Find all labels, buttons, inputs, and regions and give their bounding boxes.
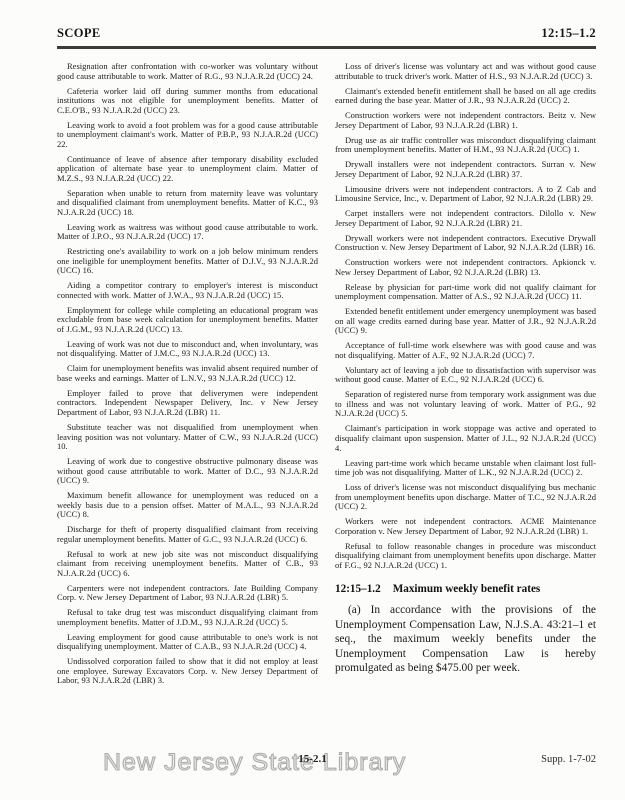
case-annotation: Claim for unemployment benefits was inva… (57, 364, 318, 383)
case-annotation: Resignation after confrontation with co-… (57, 62, 318, 81)
case-annotation: Drywall workers were not independent con… (335, 234, 596, 253)
case-annotation: Employer failed to prove that deliveryme… (57, 389, 318, 418)
case-annotation: Voluntary act of leaving a job due to di… (335, 366, 596, 385)
case-annotation: Acceptance of full-time work elsewhere w… (335, 341, 596, 360)
header-title: SCOPE (57, 26, 101, 41)
case-annotation: Construction workers were not independen… (335, 111, 596, 130)
case-annotation: Separation of registered nurse from temp… (335, 390, 596, 419)
case-annotation: Leaving employment for good cause attrib… (57, 633, 318, 652)
section-number: 12:15–1.2 (335, 583, 381, 595)
left-column: Resignation after confrontation with co-… (57, 62, 318, 691)
case-annotation: Loss of driver's license was not miscond… (335, 483, 596, 512)
case-annotation: Carpenters were not independent contract… (57, 584, 318, 603)
page-number: 15-2.1 (0, 753, 625, 765)
section-heading: 12:15–1.2 Maximum weekly benefit rates (335, 583, 596, 595)
case-annotation: Discharge for theft of property disquali… (57, 525, 318, 544)
two-column-text: Resignation after confrontation with co-… (57, 62, 596, 691)
case-annotation: Cafeteria worker laid off during summer … (57, 87, 318, 116)
case-annotation: Claimant's extended benefit entitlement … (335, 87, 596, 106)
case-annotation: Construction workers were not independen… (335, 258, 596, 277)
case-annotation: Refusal to work at new job site was not … (57, 550, 318, 579)
right-column: Loss of driver's license was voluntary a… (335, 62, 596, 691)
case-annotation: Leaving work to avoid a foot problem was… (57, 121, 318, 150)
case-annotation: Employment for college while completing … (57, 306, 318, 335)
case-annotation: Loss of driver's license was voluntary a… (335, 62, 596, 81)
document-page: SCOPE 12:15–1.2 Resignation after confro… (57, 26, 596, 691)
section-body-paragraph: (a) In accordance with the provisions of… (335, 603, 596, 675)
running-header: SCOPE 12:15–1.2 (57, 26, 596, 49)
case-annotation: Refusal to follow reasonable changes in … (335, 542, 596, 571)
case-annotation: Workers were not independent contractors… (335, 517, 596, 536)
case-annotation: Extended benefit entitlement under emerg… (335, 307, 596, 336)
section-title: Maximum weekly benefit rates (393, 583, 541, 595)
case-annotation: Continuance of leave of absence after te… (57, 155, 318, 184)
header-section-number: 12:15–1.2 (541, 26, 596, 41)
case-annotation: Substitute teacher was not disqualified … (57, 423, 318, 452)
case-annotation: Limousine drivers were not independent c… (335, 185, 596, 204)
case-annotation: Separation when unable to return from ma… (57, 189, 318, 218)
right-column-annotations: Loss of driver's license was voluntary a… (335, 62, 596, 570)
case-annotation: Drywall installers were not independent … (335, 160, 596, 179)
case-annotation: Release by physician for part-time work … (335, 283, 596, 302)
case-annotation: Aiding a competitor contrary to employer… (57, 281, 318, 300)
supplement-date: Supp. 1-7-02 (541, 754, 596, 765)
case-annotation: Leaving of work due to congestive obstru… (57, 457, 318, 486)
case-annotation: Carpet installers were not independent c… (335, 209, 596, 228)
case-annotation: Restricting one's availability to work o… (57, 247, 318, 276)
case-annotation: Leaving of work was not due to misconduc… (57, 340, 318, 359)
case-annotation: Leaving part-time work which became unst… (335, 459, 596, 478)
case-annotation: Claimant's participation in work stoppag… (335, 424, 596, 453)
case-annotation: Leaving work as waitress was without goo… (57, 223, 318, 242)
case-annotation: Drug use as air traffic controller was m… (335, 136, 596, 155)
case-annotation: Maximum benefit allowance for unemployme… (57, 491, 318, 520)
case-annotation: Refusal to take drug test was misconduct… (57, 608, 318, 627)
case-annotation: Undissolved corporation failed to show t… (57, 657, 318, 686)
